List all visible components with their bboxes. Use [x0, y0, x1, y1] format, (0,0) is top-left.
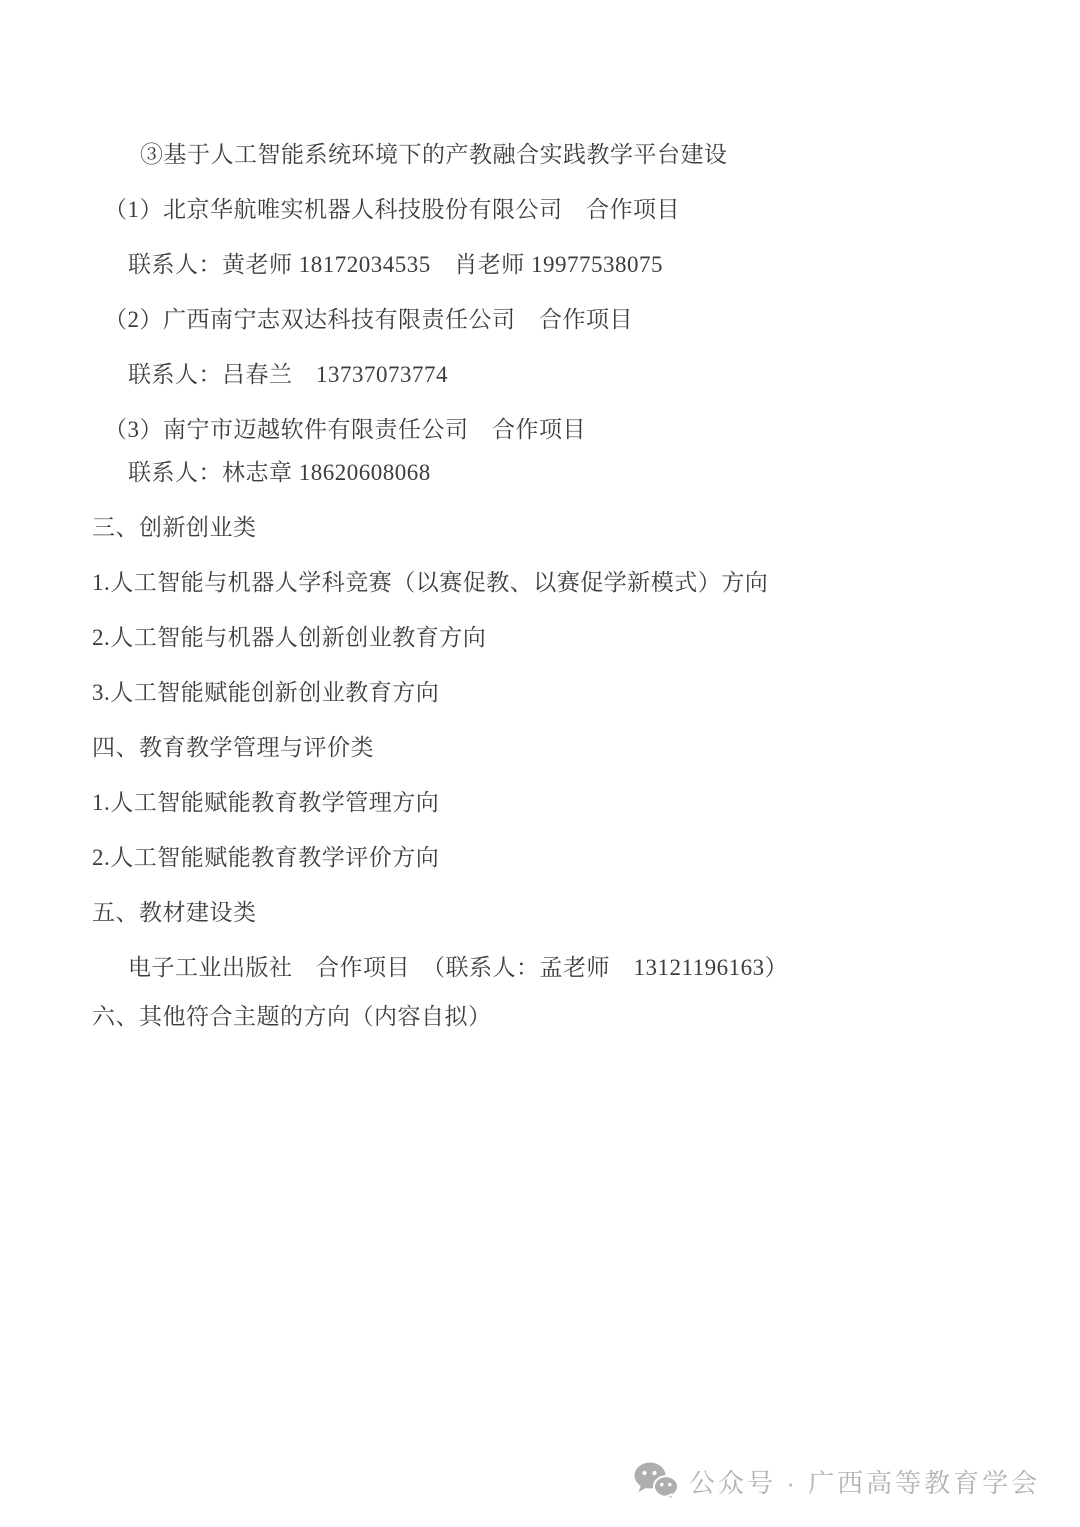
contact-line-1: 联系人：黄老师 18172034535 肖老师 19977538075: [92, 249, 1044, 281]
section-4-item-2: 2.人工智能赋能教育教学评价方向: [92, 842, 1044, 874]
section-3-item-1: 1.人工智能与机器人学科竞赛（以赛促教、以赛促学新模式）方向: [92, 567, 1044, 599]
contact-line-2: 联系人：吕春兰 13737073774: [92, 359, 1044, 391]
section-3-heading: 三、创新创业类: [92, 512, 1044, 544]
contact-line-3: 联系人：林志章 18620608068: [92, 457, 1044, 489]
section-3-item-2: 2.人工智能与机器人创新创业教育方向: [92, 622, 1044, 654]
partner-company-1: （1）北京华航唯实机器人科技股份有限公司 合作项目: [92, 194, 1044, 226]
watermark-footer: 公众号 · 广西高等教育学会: [633, 1461, 1040, 1501]
document-page: ③基于人工智能系统环境下的产教融合实践教学平台建设 （1）北京华航唯实机器人科技…: [0, 0, 1080, 1527]
section-6-heading: 六、其他符合主题的方向（内容自拟）: [92, 1001, 1044, 1033]
wechat-icon: [633, 1461, 679, 1501]
watermark-label: 公众号 · 广西高等教育学会: [689, 1463, 1040, 1500]
section-4-item-1: 1.人工智能赋能教育教学管理方向: [92, 787, 1044, 819]
section-3-item-3: 3.人工智能赋能创新创业教育方向: [92, 677, 1044, 709]
document-body: ③基于人工智能系统环境下的产教融合实践教学平台建设 （1）北京华航唯实机器人科技…: [92, 139, 1044, 1056]
platform-item-3: ③基于人工智能系统环境下的产教融合实践教学平台建设: [92, 139, 1044, 171]
section-5-heading: 五、教材建设类: [92, 897, 1044, 929]
publisher-partner-line: 电子工业出版社 合作项目 （联系人：孟老师 13121196163）: [92, 952, 1044, 984]
section-4-heading: 四、教育教学管理与评价类: [92, 732, 1044, 764]
partner-company-2: （2）广西南宁志双达科技有限责任公司 合作项目: [92, 304, 1044, 336]
partner-company-3: （3）南宁市迈越软件有限责任公司 合作项目: [92, 414, 1044, 446]
